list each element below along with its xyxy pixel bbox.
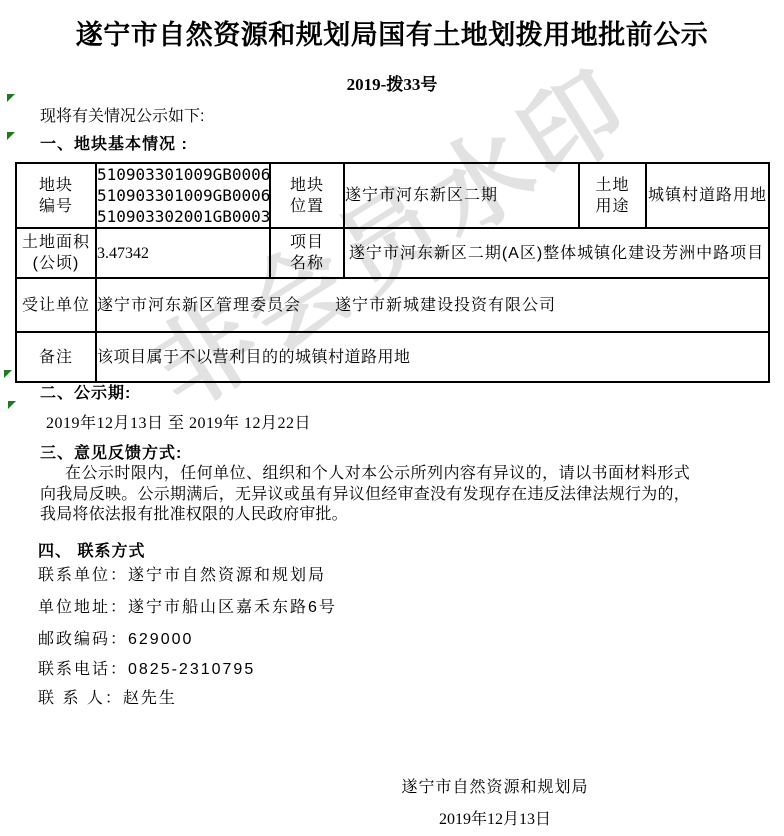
table-row: 备注 该项目属于不以营利目的的城镇村道路用地: [16, 332, 769, 382]
revision-flag-icon: [4, 370, 12, 378]
land-use-value: 城镇村道路用地: [646, 163, 769, 228]
parcel-id-label: 地块 编号: [16, 163, 96, 228]
signature-date: 2019年12月13日: [350, 806, 640, 829]
contact-address-line: 单位地址：遂宁市船山区嘉禾东路6号: [38, 594, 337, 617]
project-name-label: 项目 名称: [270, 228, 344, 278]
remark-value: 该项目属于不以营利目的的城镇村道路用地: [96, 332, 769, 382]
page-title: 遂宁市自然资源和规划局国有土地划拨用地批前公示: [0, 17, 784, 53]
table-row: 土地面积 (公顷) 3.47342 项目 名称 遂宁市河东新区二期(A区)整体城…: [16, 228, 769, 278]
parcel-id-value: 510903301009GB00065 510903301009GB00066 …: [96, 163, 270, 228]
signature-org: 遂宁市自然资源和规划局: [350, 774, 640, 797]
revision-flag-icon: [7, 94, 15, 102]
transferee-label: 受让单位: [16, 278, 96, 332]
section1-heading: 一、地块基本情况 :: [40, 131, 188, 154]
contact-unit-line: 联系单位：遂宁市自然资源和规划局: [38, 562, 326, 585]
section3-heading: 三、意见反馈方式:: [40, 440, 182, 463]
contact-postcode-line: 邮政编码：629000: [38, 626, 193, 649]
feedback-paragraph: 在公示时限内，任何单位、组织和个人对本公示所列内容有异议的，请以书面材料形式向我…: [40, 464, 690, 526]
publicity-period: 2019年12月13日 至 2019年 12月22日: [46, 410, 311, 433]
section2-heading: 二、公示期:: [40, 380, 131, 403]
contact-phone-line: 联系电话：0825-2310795: [38, 656, 255, 679]
table-row: 地块 编号 510903301009GB00065 510903301009GB…: [16, 163, 769, 228]
section4-heading: 四、 联系方式: [38, 538, 145, 561]
remark-label: 备注: [16, 332, 96, 382]
location-label: 地块 位置: [270, 163, 344, 228]
land-use-label: 土地 用途: [579, 163, 646, 228]
revision-flag-icon: [7, 132, 15, 140]
document-number: 2019-拨33号: [0, 70, 784, 95]
area-value: 3.47342: [96, 228, 270, 278]
transferee-value: 遂宁市河东新区管理委员会 遂宁市新城建设投资有限公司: [96, 278, 769, 332]
revision-flag-icon: [8, 401, 16, 409]
area-label: 土地面积 (公顷): [16, 228, 96, 278]
notice-document: 遂宁市自然资源和规划局国有土地划拨用地批前公示 2019-拨33号 现将有关情况…: [0, 0, 784, 836]
table-row: 受让单位 遂宁市河东新区管理委员会 遂宁市新城建设投资有限公司: [16, 278, 769, 332]
intro-line: 现将有关情况公示如下:: [40, 103, 204, 126]
land-info-table: 地块 编号 510903301009GB00065 510903301009GB…: [15, 162, 770, 383]
project-name-value: 遂宁市河东新区二期(A区)整体城镇化建设芳洲中路项目: [344, 228, 769, 278]
contact-person-line: 联 系 人：赵先生: [38, 685, 177, 708]
location-value: 遂宁市河东新区二期: [344, 163, 579, 228]
